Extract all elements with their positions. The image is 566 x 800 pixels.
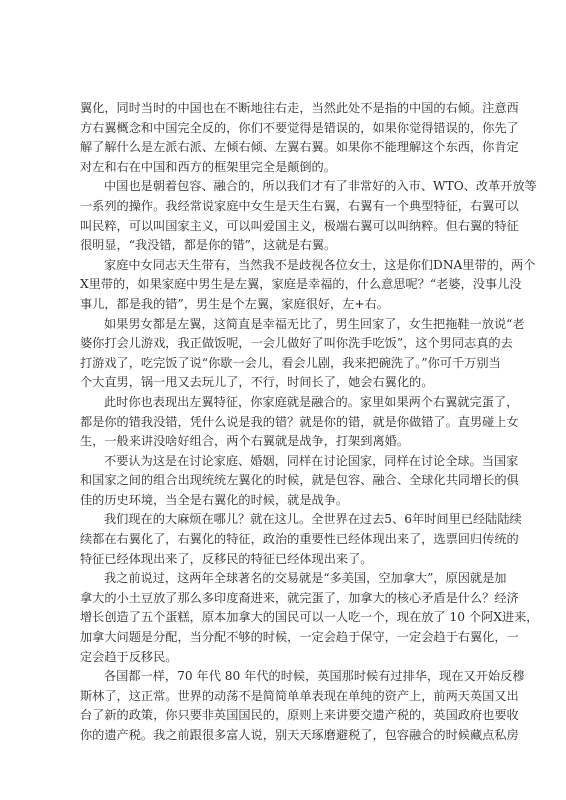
text-line: 都是你的错我没错，凭什么说是我的错？就是你的错，就是你做错了。直男碰上女 [80,413,486,433]
paragraph: 中国也是朝着包容、融合的，所以我们才有了非常好的入市、WTO、改革开放等一系列的… [80,177,486,255]
paragraph: 家庭中女同志天生带有，当然我不是歧视各位女士，这是你们DNA里带的，两个X里带的… [80,256,486,315]
paragraph: 各国都一样，70 年代 80 年代的时候，英国那时候有过排华，现在又开始反穆斯林… [80,667,486,745]
text-line: 各国都一样，70 年代 80 年代的时候，英国那时候有过排华，现在又开始反穆 [80,667,486,687]
text-line: 此时你也表现出左翼特征，你家庭就是融合的。家里如果两个右翼就完蛋了， [80,393,486,413]
text-line: 对左和右在中国和西方的框架里完全是颠倒的。 [80,158,486,178]
text-line: 定会趋于反移民。 [80,648,486,668]
text-line: 很明显，“我没错，都是你的错”，这就是右翼。 [80,236,486,256]
text-line: 加拿大问题是分配，当分配不够的时候，一定会趋于保守，一定会趋于右翼化，一 [80,628,486,648]
text-line: 你的遗产税。我之前跟很多富人说，别天天琢磨避税了，包容融合的时候藏点私房 [80,726,486,746]
paragraph: 此时你也表现出左翼特征，你家庭就是融合的。家里如果两个右翼就完蛋了，都是你的错我… [80,393,486,452]
text-line: 台了新的政策，你只要非英国国民的，原则上来讲要交遗产税的，英国政府也要收 [80,706,486,726]
body-text: 翼化，同时当时的中国也在不断地往右走，当然此处不是指的中国的右倾。注意西方右翼概… [80,99,486,746]
text-line: 和国家之间的组合出现统统左翼化的时候，就是包容、融合、全球化共同增长的俱 [80,471,486,491]
text-line: 生，一般来讲没啥好组合，两个右翼就是战争，打架到离婚。 [80,432,486,452]
text-line: 续都在右翼化了，右翼化的特征，政治的重要性已经体现出来了，选票回归传统的 [80,530,486,550]
text-line: 个大直男，锅一甩又去玩儿了，不行，时间长了，她会右翼化的。 [80,373,486,393]
text-line: 我之前说过，这两年全球著名的交易就是“多美国，空加拿大”，原因就是加 [80,569,486,589]
text-line: 翼化，同时当时的中国也在不断地往右走，当然此处不是指的中国的右倾。注意西 [80,99,486,119]
paragraph: 不要认为这是在讨论家庭、婚姻，同样在讨论国家，同样在讨论全球。当国家和国家之间的… [80,452,486,511]
text-line: 如果男女都是左翼，这简直是幸福无比了，男生回家了，女生把拖鞋一放说“老 [80,315,486,335]
text-line: 一系列的操作。我经常说家庭中女生是天生右翼，右翼有一个典型特征，右翼可以 [80,197,486,217]
text-line: 我们现在的大麻烦在哪儿？就在这儿。全世界在过去5、6年时间里已经陆陆续 [80,510,486,530]
text-line: 斯林了，这正常。世界的动荡不是简简单单表现在单纯的资产上，前两天英国又出 [80,687,486,707]
paragraph: 翼化，同时当时的中国也在不断地往右走，当然此处不是指的中国的右倾。注意西方右翼概… [80,99,486,177]
paragraph: 我们现在的大麻烦在哪儿？就在这儿。全世界在过去5、6年时间里已经陆陆续续都在右翼… [80,510,486,569]
text-line: 特征已经体现出来了，反移民的特征已经体现出来了。 [80,550,486,570]
text-line: 打游戏了，吃完饭了说“你歇一会儿，看会儿剧，我来把碗洗了。”你可千万别当 [80,354,486,374]
text-line: 婆你打会儿游戏，我正做饭呢，一会儿做好了叫你洗手吃饭”，这个男同志真的去 [80,334,486,354]
text-line: 拿大的小土豆放了那么多印度裔进来，就完蛋了，加拿大的核心矛盾是什么？经济 [80,589,486,609]
paragraph: 我之前说过，这两年全球著名的交易就是“多美国，空加拿大”，原因就是加拿大的小土豆… [80,569,486,667]
text-line: 方右翼概念和中国完全反的，你们不要觉得是错误的，如果你觉得错误的，你先了 [80,119,486,139]
text-line: 家庭中女同志天生带有，当然我不是歧视各位女士，这是你们DNA里带的，两个 [80,256,486,276]
text-line: 佳的历史环境，当全是右翼化的时候，就是战争。 [80,491,486,511]
document-page: 翼化，同时当时的中国也在不断地往右走，当然此处不是指的中国的右倾。注意西方右翼概… [0,0,566,800]
paragraph: 如果男女都是左翼，这简直是幸福无比了，男生回家了，女生把拖鞋一放说“老婆你打会儿… [80,315,486,393]
text-line: 事儿，都是我的错”，男生是个左翼，家庭很好，左+右。 [80,295,486,315]
text-line: X里带的，如果家庭中男生是左翼，家庭是幸福的，什么意思呢？“老婆，没事儿没 [80,275,486,295]
text-line: 不要认为这是在讨论家庭、婚姻，同样在讨论国家，同样在讨论全球。当国家 [80,452,486,472]
text-line: 叫民粹，可以叫国家主义，可以叫爱国主义，极端右翼可以叫纳粹。但右翼的特征 [80,217,486,237]
text-line: 中国也是朝着包容、融合的，所以我们才有了非常好的入市、WTO、改革开放等 [80,177,486,197]
text-line: 解了解什么是左派右派、左倾右倾、左翼右翼。如果你不能理解这个东西，你肯定 [80,138,486,158]
text-line: 增长创造了五个蛋糕，原本加拿大的国民可以一人吃一个，现在放了 10 个阿X进来， [80,608,486,628]
